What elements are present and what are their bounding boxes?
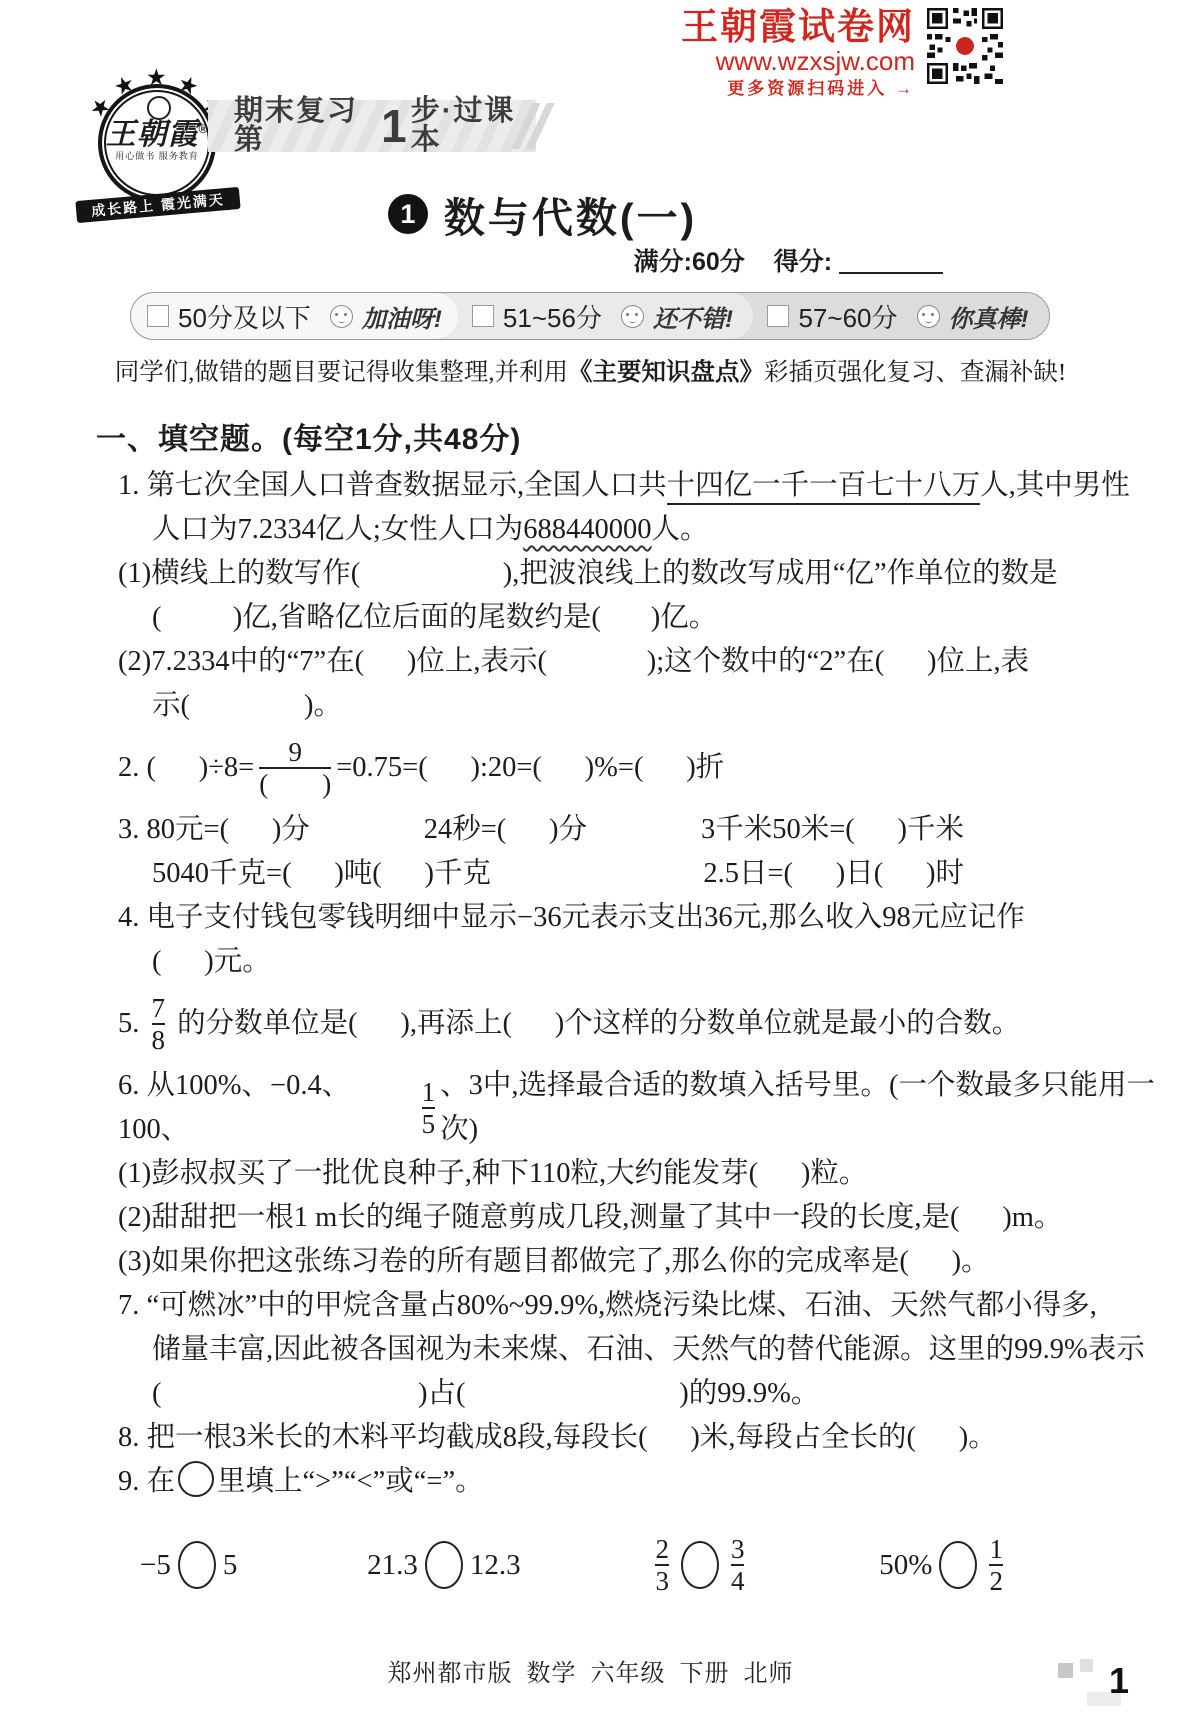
q9-text: 里填上“>”“<”或“=”。 xyxy=(217,1466,484,1497)
site-name: 王朝霞试卷网 xyxy=(681,8,915,47)
q2-fraction-numerator: 9 xyxy=(288,737,302,767)
banner-text-post: 步·过课本 xyxy=(411,97,536,155)
qr-code-icon xyxy=(927,8,1003,84)
question-4-line-2: ( )元。 xyxy=(152,940,1181,984)
question-1-line-2: 人口为7.2334亿人;女性人口为688440000人。 xyxy=(152,508,1181,552)
q2-text: 2. ( )÷8= xyxy=(118,746,254,790)
site-tagline: 更多资源扫码进入 → xyxy=(681,77,915,102)
q6-fraction-denominator: 5 xyxy=(422,1107,436,1139)
registered-mark: ® xyxy=(199,122,209,136)
note-book-title: 《主要知识盘点》 xyxy=(568,359,764,386)
smiley-icon xyxy=(917,305,940,328)
smiley-icon xyxy=(330,305,353,328)
grade-praise-label: 还不错! xyxy=(653,299,733,334)
site-url: www.wzxsjw.com xyxy=(681,47,915,77)
q2-text: =0.75=( ):20=( )%=( )折 xyxy=(336,746,724,790)
question-4-line-1: 4. 电子支付钱包零钱明细中显示−36元表示支出36元,那么收入98元应记作 xyxy=(118,896,1181,940)
q5-fraction-denominator: 8 xyxy=(152,1023,166,1055)
banner-step-number: 1 xyxy=(381,103,407,149)
q1-text: 人。 xyxy=(652,514,709,545)
page-title-text: 数与代数(一) xyxy=(444,185,697,244)
q2-fraction: 9( ) xyxy=(259,737,331,799)
q5-text: 5. xyxy=(118,1002,147,1046)
compare-right-fraction: 12 xyxy=(989,1534,1003,1596)
logo-circle: 王朝霞® 用心做书 服务教育 xyxy=(98,84,216,202)
q6-text: 、3中,选择最合适的数填入括号里。(一个数最多只能用一次) xyxy=(440,1064,1181,1152)
smiley-icon xyxy=(621,305,644,328)
q1-wavy-number: 688440000 xyxy=(523,514,651,545)
question-2: 2. ( )÷8= 9( ) =0.75=( ):20=( )%=( )折 xyxy=(118,728,1181,808)
grade-segment-mid: 51~56分 还不错! xyxy=(428,293,754,339)
grade-range-label: 57~60分 xyxy=(798,298,897,335)
grade-praise-label: 你真棒! xyxy=(949,299,1029,334)
compare-left-value: 50% xyxy=(879,1549,932,1582)
question-5: 5. 78 的分数单位是( ),再添上( )个这样的分数单位就是最小的合数。 xyxy=(118,984,1181,1064)
got-score-label: 得分: xyxy=(774,248,832,276)
footer-decor-square xyxy=(1058,1663,1073,1678)
grade-segment-high: 57~60分 你真棒! xyxy=(723,293,1049,339)
q9-text: 9. 在 xyxy=(118,1466,175,1497)
compare-right-fraction: 34 xyxy=(731,1534,745,1596)
grade-range-label: 51~56分 xyxy=(503,298,602,335)
compare-item: −5 5 xyxy=(140,1541,237,1589)
compare-right-value: 5 xyxy=(223,1549,238,1582)
fraction-denominator: 2 xyxy=(989,1564,1003,1596)
question-7-line-3: ( )占( )的99.9%。 xyxy=(152,1372,1181,1416)
compare-left-value: −5 xyxy=(140,1549,171,1582)
q1-text: 1. 第七次全国人口普查数据显示,全国人口共 xyxy=(118,470,667,501)
question-3-row-1: 3. 80元=( )分 24秒=( )分 3千米50米=( )千米 xyxy=(118,808,964,852)
banner-text-pre: 期末复习第 xyxy=(234,97,377,155)
fraction-denominator: 4 xyxy=(731,1564,745,1596)
question-1-sub-2: (2)7.2334中的“7”在( )位上,表示( );这个数中的“2”在( )位… xyxy=(118,640,1181,684)
footer-decor-square xyxy=(1080,1659,1093,1672)
logo-name: 王朝霞® xyxy=(102,120,212,150)
compare-circle-icon[interactable] xyxy=(178,1541,216,1589)
q6-text: 6. 从100%、−0.4、100、 xyxy=(118,1064,417,1152)
logo-slogan: 用心做书 服务教育 xyxy=(102,150,212,163)
q1-text: 人,其中男性 xyxy=(980,470,1130,501)
q3-item: 24秒=( )分 xyxy=(424,808,587,852)
question-6-sub-2: (2)甜甜把一根1 m长的绳子随意剪成几段,测量了其中一段的长度,是( )m。 xyxy=(118,1196,1181,1240)
fraction-denominator: 3 xyxy=(655,1564,669,1596)
question-1-line-1: 1. 第七次全国人口普查数据显示,全国人口共十四亿一千一百七十八万人,其中男性 xyxy=(118,464,1181,508)
q5-fraction: 78 xyxy=(152,993,166,1055)
fraction-numerator: 2 xyxy=(655,1534,669,1564)
question-7-line-2: 储量丰富,因此被各国视为未来煤、石油、天然气的替代能源。这里的99.9%表示 xyxy=(152,1328,1181,1372)
q5-fraction-numerator: 7 xyxy=(152,993,166,1023)
question-1-sub-1-cont: ( )亿,省略亿位后面的尾数约是( )亿。 xyxy=(152,596,1181,640)
compare-left-fraction: 23 xyxy=(655,1534,669,1596)
question-7-line-1: 7. “可燃冰”中的甲烷含量占80%~99.9%,燃烧污染比煤、石油、天然气都小… xyxy=(118,1284,1181,1328)
page-title: 1 数与代数(一) xyxy=(388,186,697,242)
grade-checkbox-mid[interactable] xyxy=(472,305,494,327)
question-6-sub-1: (1)彭叔叔买了一批优良种子,种下110粒,大约能发芽( )粒。 xyxy=(118,1152,1181,1196)
self-grade-band: 50分及以下 加油呀! 51~56分 还不错! 57~60分 你真棒! xyxy=(130,292,1050,340)
grade-segment-low: 50分及以下 加油呀! xyxy=(131,293,458,339)
q1-underlined-number: 十四亿一千一百七十八万 xyxy=(667,470,981,505)
note-text: 彩插页强化复习、查漏补缺! xyxy=(764,359,1066,386)
section-heading: 一、填空题。(每空1分,共48分) xyxy=(96,414,1181,458)
compare-circle-icon[interactable] xyxy=(425,1541,463,1589)
q3-item: 2.5日=( )日( )时 xyxy=(703,852,964,896)
paper-content: 1 数与代数(一) 满分:60分 得分: 50分及以下 加油呀! 51~56分 … xyxy=(0,0,1181,1596)
brand-block: 王朝霞试卷网 www.wzxsjw.com 更多资源扫码进入 → xyxy=(681,8,915,101)
compare-circle-icon[interactable] xyxy=(681,1541,719,1589)
page-number: 1 xyxy=(1109,1660,1129,1702)
question-6-sub-3: (3)如果你把这张练习卷的所有题目都做完了,那么你的完成率是( )。 xyxy=(118,1240,1181,1284)
score-blank-line[interactable] xyxy=(839,248,943,274)
q3-item: 3千米50米=( )千米 xyxy=(701,808,964,852)
chapter-banner: 期末复习第 1 步·过课本 xyxy=(208,100,536,152)
full-score-label: 满分:60分 xyxy=(634,248,745,276)
question-3-row-2: 5040千克=( )吨( )千克 2.5日=( )日( )时 xyxy=(152,852,964,896)
score-line: 满分:60分 得分: xyxy=(0,242,1181,280)
compare-item: 23 34 xyxy=(650,1534,749,1596)
compare-item: 50% 12 xyxy=(879,1534,1008,1596)
compare-right-value: 12.3 xyxy=(470,1549,521,1582)
compare-left-value: 21.3 xyxy=(367,1549,418,1582)
teacher-note: 同学们,做错的题目要记得收集整理,并利用《主要知识盘点》彩插页强化复习、查漏补缺… xyxy=(0,353,1181,388)
question-1-sub-1: (1)横线上的数写作( ),把波浪线上的数改写成用“亿”作单位的数是 xyxy=(118,552,1181,596)
mascot-face-icon xyxy=(147,96,171,120)
grade-checkbox-high[interactable] xyxy=(767,305,789,327)
question-1-sub-2-cont: 示( )。 xyxy=(152,684,1181,728)
q5-text: 的分数单位是( ),再添上( )个这样的分数单位就是最小的合数。 xyxy=(170,1002,1020,1046)
question-9-compare-row: −5 5 21.3 12.3 23 34 50% 12 xyxy=(140,1534,1008,1596)
compare-circle-icon xyxy=(178,1461,214,1497)
grade-range-label: 50分及以下 xyxy=(178,298,311,335)
q3-item: 3. 80元=( )分 xyxy=(118,808,310,852)
footer-edition-label: 郑州都市版 数学 六年级 下册 北师 xyxy=(0,1653,1181,1688)
note-text: 同学们,做错的题目要记得收集整理,并利用 xyxy=(115,359,568,386)
question-9-stem: 9. 在里填上“>”“<”或“=”。 xyxy=(118,1460,1181,1504)
q2-fraction-denominator: ( ) xyxy=(259,767,331,799)
brand-logo: ★ ★ ★ ★ ★ 王朝霞® 用心做书 服务教育 成长路上 霞光满天 xyxy=(92,68,226,200)
compare-item: 21.3 12.3 xyxy=(367,1541,521,1589)
compare-circle-icon[interactable] xyxy=(939,1541,977,1589)
grade-praise-label: 加油呀! xyxy=(362,299,442,334)
fraction-numerator: 1 xyxy=(989,1534,1003,1564)
q1-text: 人口为7.2334亿人;女性人口为 xyxy=(152,514,523,545)
section-number-badge: 1 xyxy=(388,194,428,234)
q6-fraction: 15 xyxy=(422,1077,436,1139)
grade-checkbox-low[interactable] xyxy=(147,305,169,327)
fraction-numerator: 3 xyxy=(731,1534,745,1564)
q3-item: 5040千克=( )吨( )千克 xyxy=(152,852,491,896)
question-8: 8. 把一根3米长的木料平均截成8段,每段长( )米,每段占全长的( )。 xyxy=(118,1416,1181,1460)
q6-fraction-numerator: 1 xyxy=(422,1077,436,1107)
worksheet-page: 王朝霞试卷网 www.wzxsjw.com 更多资源扫码进入 → xyxy=(0,0,1181,1730)
question-6-stem: 6. 从100%、−0.4、100、 15 、3中,选择最合适的数填入括号里。(… xyxy=(118,1064,1181,1152)
